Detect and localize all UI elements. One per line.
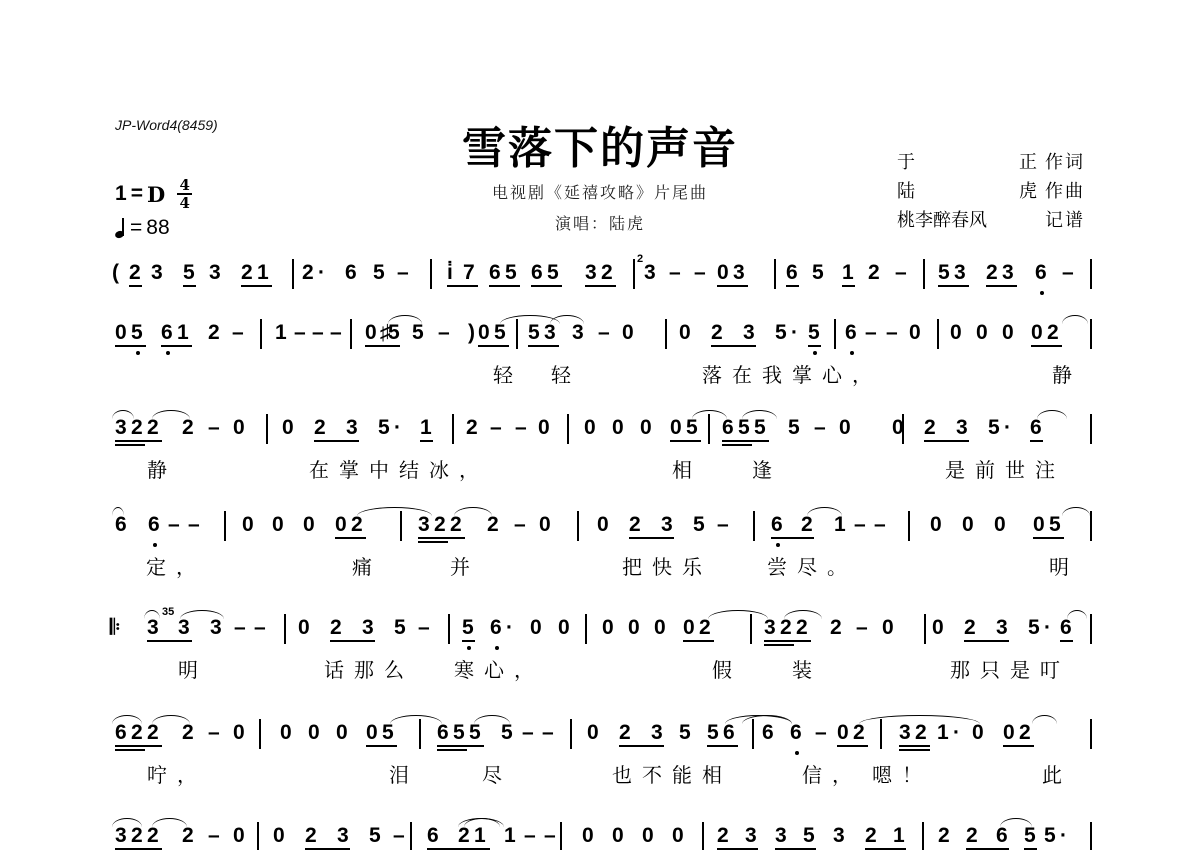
- note: 3: [651, 721, 663, 745]
- note: 2: [182, 824, 194, 848]
- slur: [784, 610, 822, 619]
- credit-name: 桃李醉春风: [897, 206, 987, 235]
- credit-name: 于: [897, 148, 915, 177]
- note: 3: [346, 416, 358, 440]
- credit-role: 作词: [1045, 152, 1085, 173]
- score-line: 05612–1–––0♯55–)05533–00235·56––000002轻轻…: [112, 315, 1092, 355]
- note: 5: [775, 321, 787, 345]
- barline: [1090, 614, 1092, 644]
- note: 0: [717, 261, 729, 285]
- underline: [531, 285, 562, 287]
- score-line: 6222–0000056555––02355666–02321·002咛，泪尽也…: [112, 715, 1092, 755]
- lyric: 静: [147, 454, 177, 483]
- note: 2: [131, 416, 143, 440]
- note: 2: [314, 416, 326, 440]
- underline: [711, 345, 756, 347]
- slur: [388, 315, 422, 324]
- note: 5: [788, 416, 800, 440]
- note: 2: [986, 261, 998, 285]
- double-underline: [722, 444, 752, 446]
- credit-name-2: 虎: [1019, 181, 1037, 202]
- note: 1: [893, 824, 905, 848]
- note: 2: [147, 721, 159, 745]
- note: 6: [845, 321, 857, 345]
- note: 2: [796, 616, 808, 640]
- note: 5: [693, 513, 705, 537]
- barline: [924, 614, 926, 644]
- note: 0: [683, 616, 695, 640]
- note: 3: [745, 824, 757, 848]
- note: 0: [298, 616, 310, 640]
- underline: [837, 745, 868, 747]
- underline: [966, 848, 1009, 850]
- note: 3: [733, 261, 745, 285]
- note: 2: [699, 616, 711, 640]
- note: 3: [151, 261, 163, 285]
- octave-dot: [495, 646, 499, 650]
- notes-row: 3222–00235·12––0000056555–00235·6: [112, 410, 1092, 450]
- note: 2: [915, 721, 927, 745]
- note: 0: [115, 321, 127, 345]
- note: 5: [453, 721, 465, 745]
- lyric: 也不能相: [612, 759, 732, 788]
- lyrics-row: 定，痛并把快乐尝尽。明: [112, 551, 1092, 581]
- note: 3: [585, 261, 597, 285]
- underline: [808, 345, 821, 347]
- lyrics-row: 轻轻落在我掌心，静: [112, 359, 1092, 389]
- lyricist-credit: 于 正作词: [897, 148, 1085, 177]
- credit-name: 陆: [897, 177, 915, 206]
- lyric: 明: [1049, 551, 1079, 580]
- note: 0: [582, 824, 594, 848]
- note: 5: [373, 261, 385, 285]
- note: 2: [302, 261, 314, 285]
- note: 2: [629, 513, 641, 537]
- slur: [1037, 410, 1067, 419]
- note: 3: [661, 513, 673, 537]
- double-underline: [418, 541, 448, 543]
- note: –: [438, 321, 450, 345]
- note: 2: [450, 513, 462, 537]
- slur: [742, 410, 777, 419]
- underline: [129, 285, 142, 287]
- underline: [115, 848, 162, 850]
- key-one: 1: [115, 182, 127, 206]
- note: 2: [801, 513, 813, 537]
- note: 5: [812, 261, 824, 285]
- note: ·: [1060, 824, 1067, 848]
- underline: [1060, 640, 1073, 642]
- note: 6: [490, 616, 502, 640]
- note: 0: [558, 616, 570, 640]
- key-equals: =: [131, 182, 143, 206]
- note: 2: [129, 261, 141, 285]
- note: 2: [938, 824, 950, 848]
- note: 0: [602, 616, 614, 640]
- slur: [474, 715, 510, 724]
- barline: [257, 822, 259, 850]
- note: 5: [382, 721, 394, 745]
- note: 𝄆: [110, 616, 120, 640]
- lyric: 静: [1052, 359, 1082, 388]
- note: 2: [601, 261, 613, 285]
- note: 0: [950, 321, 962, 345]
- octave-dot: [136, 351, 140, 355]
- note: 2: [780, 616, 792, 640]
- barline: [430, 259, 432, 289]
- note: 6: [489, 261, 501, 285]
- note: 2: [1047, 321, 1059, 345]
- transcriber-credit: 桃李醉春风 记谱: [897, 206, 1085, 235]
- note: ·: [791, 321, 798, 345]
- underline: [330, 640, 375, 642]
- underline: [775, 848, 816, 850]
- note: ·: [953, 721, 960, 745]
- notes-row: 05612–1–––0♯55–)05533–00235·56––000002: [112, 315, 1092, 355]
- octave-dot: [166, 351, 170, 355]
- note: ·: [1004, 416, 1011, 440]
- note: 6: [115, 721, 127, 745]
- note: 3: [996, 616, 1008, 640]
- lyric: 相: [672, 454, 702, 483]
- barline: [259, 719, 261, 749]
- lyric: 落在我掌心，: [702, 359, 882, 388]
- note: 1: [937, 721, 949, 745]
- note: –: [208, 824, 220, 848]
- underline: [629, 537, 674, 539]
- note: –: [393, 824, 405, 848]
- note: 6: [762, 721, 774, 745]
- note: 3: [644, 261, 656, 285]
- note: 6: [345, 261, 357, 285]
- note: –: [598, 321, 610, 345]
- note: 2: [330, 616, 342, 640]
- note: 0: [273, 824, 285, 848]
- barline: [923, 259, 925, 289]
- barline: [224, 511, 226, 541]
- underline: [478, 345, 509, 347]
- note: 0: [930, 513, 942, 537]
- underline: [115, 345, 146, 347]
- note: 0: [839, 416, 851, 440]
- note: 3: [572, 321, 584, 345]
- note: 0: [1003, 721, 1015, 745]
- note: 5: [183, 261, 195, 285]
- quarter-note-icon: [115, 218, 125, 238]
- underline: [489, 285, 520, 287]
- note: 0: [242, 513, 254, 537]
- double-underline: [437, 749, 467, 751]
- barline: [1090, 319, 1092, 349]
- tempo-marking: = 88: [115, 216, 170, 240]
- barline: [633, 259, 635, 289]
- note: –: [188, 513, 200, 537]
- slur: [390, 715, 442, 724]
- lyric: 假: [712, 654, 742, 683]
- barline: [902, 414, 904, 444]
- note: ·: [394, 416, 401, 440]
- note: 0: [530, 616, 542, 640]
- underline: [924, 440, 969, 442]
- note: 2: [208, 321, 220, 345]
- note: 0: [612, 824, 624, 848]
- note: –: [542, 721, 554, 745]
- score-line: (2353212·65–i̇76565323––036512–53236–2: [112, 255, 1092, 295]
- note: 6: [790, 721, 802, 745]
- barline: [585, 614, 587, 644]
- note: –: [895, 261, 907, 285]
- barline: [284, 614, 286, 644]
- note: 2: [966, 824, 978, 848]
- note: 0: [336, 721, 348, 745]
- note: 6: [148, 513, 160, 537]
- note: 3: [362, 616, 374, 640]
- note: 0: [233, 416, 245, 440]
- note: –: [814, 416, 826, 440]
- note: 3: [1002, 261, 1014, 285]
- underline: [418, 537, 465, 539]
- underline: [1024, 848, 1037, 850]
- note: –: [330, 321, 342, 345]
- note: 1: [177, 321, 189, 345]
- lyric: 痛: [352, 551, 382, 580]
- note: 2: [487, 513, 499, 537]
- note: 0: [654, 616, 666, 640]
- barline: [1090, 719, 1092, 749]
- note: –: [168, 513, 180, 537]
- note: 0: [972, 721, 984, 745]
- credits-block: 于 正作词 陆 虎作曲 桃李醉春风 记谱: [897, 148, 1085, 235]
- underline: [899, 745, 930, 747]
- barline: [560, 822, 562, 850]
- barline: [567, 414, 569, 444]
- time-bottom: 4: [179, 196, 189, 210]
- barline: [452, 414, 454, 444]
- note: 2: [182, 416, 194, 440]
- note: 3: [115, 824, 127, 848]
- slur: [742, 715, 792, 724]
- note: 6: [771, 513, 783, 537]
- note: 6: [722, 416, 734, 440]
- note: ·: [318, 261, 325, 285]
- note: 0: [538, 416, 550, 440]
- underline: [1003, 745, 1034, 747]
- note: 0: [882, 616, 894, 640]
- barline: [1090, 259, 1092, 289]
- note: –: [294, 321, 306, 345]
- note: 0: [994, 513, 1006, 537]
- note: 3: [115, 416, 127, 440]
- slur: [112, 507, 124, 516]
- note: 6: [427, 824, 439, 848]
- note: 0: [597, 513, 609, 537]
- barline: [448, 614, 450, 644]
- underline: [717, 285, 748, 287]
- note: 2: [830, 616, 842, 640]
- note: –: [234, 616, 246, 640]
- note: –: [312, 321, 324, 345]
- underline: [241, 285, 272, 287]
- note: 2: [351, 513, 363, 537]
- slur: [692, 410, 727, 419]
- lyric: 并: [450, 551, 480, 580]
- note: 2: [241, 261, 253, 285]
- slur: [1062, 507, 1090, 516]
- note: ·: [1044, 616, 1051, 640]
- barline: [577, 511, 579, 541]
- note: 0: [335, 513, 347, 537]
- note: 5: [707, 721, 719, 745]
- double-underline: [115, 749, 145, 751]
- lyric: 尝尽。: [767, 551, 857, 580]
- note: ·: [506, 616, 513, 640]
- underline: [986, 285, 1017, 287]
- lyric: 轻: [551, 359, 581, 388]
- underline: [115, 745, 162, 747]
- lyric: 话那么: [324, 654, 414, 683]
- note: 5: [1049, 513, 1061, 537]
- note: 5: [808, 321, 820, 345]
- grace-note: 2: [637, 253, 643, 265]
- barline: [937, 319, 939, 349]
- score-line: 𝄆333––0235–56·00000023222–00235·635明话那么寒…: [112, 610, 1092, 650]
- note: 2: [434, 513, 446, 537]
- slur: [112, 818, 142, 827]
- underline: [1030, 440, 1043, 442]
- barline: [570, 719, 572, 749]
- slur: [112, 715, 142, 724]
- underline: [366, 745, 397, 747]
- underline: [683, 640, 714, 642]
- note: –: [544, 824, 556, 848]
- note: 2: [147, 416, 159, 440]
- underline: [115, 440, 162, 442]
- lyric: 泪: [389, 759, 419, 788]
- note: 3: [210, 616, 222, 640]
- key-signature: 1 = D 4 4: [115, 178, 192, 210]
- note: 0: [909, 321, 921, 345]
- underline: [771, 537, 814, 539]
- note: –: [418, 616, 430, 640]
- underline: [670, 440, 701, 442]
- underline: [528, 345, 559, 347]
- note: 5: [803, 824, 815, 848]
- octave-dot: [1040, 291, 1044, 295]
- note: –: [865, 321, 877, 345]
- note: 0: [976, 321, 988, 345]
- note: 0: [622, 321, 634, 345]
- note: 2: [131, 721, 143, 745]
- note: –: [856, 616, 868, 640]
- note: 0: [233, 721, 245, 745]
- note: 3: [418, 513, 430, 537]
- underline: [447, 285, 478, 287]
- note: –: [208, 721, 220, 745]
- note: 0: [932, 616, 944, 640]
- credit-role: 记谱: [1045, 210, 1085, 231]
- note: –: [874, 513, 886, 537]
- tempo-bpm: 88: [146, 216, 169, 240]
- note: 3: [775, 824, 787, 848]
- octave-dot: [467, 646, 471, 650]
- note: –: [524, 824, 536, 848]
- lyric: 逢: [752, 454, 782, 483]
- note: 1: [504, 824, 516, 848]
- note: 3: [147, 616, 159, 640]
- octave-dot: [795, 751, 799, 755]
- underline: [722, 440, 769, 442]
- note: 3: [764, 616, 776, 640]
- note: 1: [834, 513, 846, 537]
- note: –: [694, 261, 706, 285]
- note: 2: [1019, 721, 1031, 745]
- slur: [180, 610, 224, 619]
- slur: [859, 715, 980, 724]
- note: 0: [640, 416, 652, 440]
- note: 5: [988, 416, 1000, 440]
- underline: [585, 285, 616, 287]
- note: 3: [833, 824, 845, 848]
- note: 6: [161, 321, 173, 345]
- note: (: [112, 261, 119, 285]
- octave-dot: [776, 543, 780, 547]
- slur: [144, 610, 160, 619]
- lyric: 明: [178, 654, 208, 683]
- barline: [292, 259, 294, 289]
- note: 6: [723, 721, 735, 745]
- note: –: [854, 513, 866, 537]
- note: 0: [280, 721, 292, 745]
- note: 3: [178, 616, 190, 640]
- double-underline: [764, 644, 794, 646]
- barline: [1090, 822, 1092, 850]
- note: 0: [679, 321, 691, 345]
- underline: [365, 345, 400, 347]
- note: 5: [938, 261, 950, 285]
- note: 2: [717, 824, 729, 848]
- slur: [807, 507, 842, 516]
- slur: [152, 715, 190, 724]
- barline: [665, 319, 667, 349]
- lyric: 轻: [493, 359, 523, 388]
- note: 0: [365, 321, 377, 345]
- note: –: [1062, 261, 1074, 285]
- lyrics-row: 静在掌中结冰，相逢是前世注: [112, 454, 1092, 484]
- note: 2: [147, 824, 159, 848]
- note: 2: [466, 416, 478, 440]
- grace-note: 35: [162, 606, 174, 618]
- note: 3: [899, 721, 911, 745]
- note: 5: [131, 321, 143, 345]
- note: 0: [308, 721, 320, 745]
- note: 3: [743, 321, 755, 345]
- note: 2: [619, 721, 631, 745]
- underline: [1033, 537, 1064, 539]
- note: 6: [115, 513, 127, 537]
- underline: [786, 285, 799, 287]
- lyric: 信，: [802, 759, 862, 788]
- slur: [1032, 715, 1057, 724]
- note: 5: [394, 616, 406, 640]
- underline: [305, 848, 350, 850]
- note: –: [815, 721, 827, 745]
- slur: [454, 507, 492, 516]
- note: 1: [842, 261, 854, 285]
- underline: [335, 537, 366, 539]
- note: 1: [420, 416, 432, 440]
- underline: [842, 285, 855, 287]
- lyric: 定，: [146, 551, 206, 580]
